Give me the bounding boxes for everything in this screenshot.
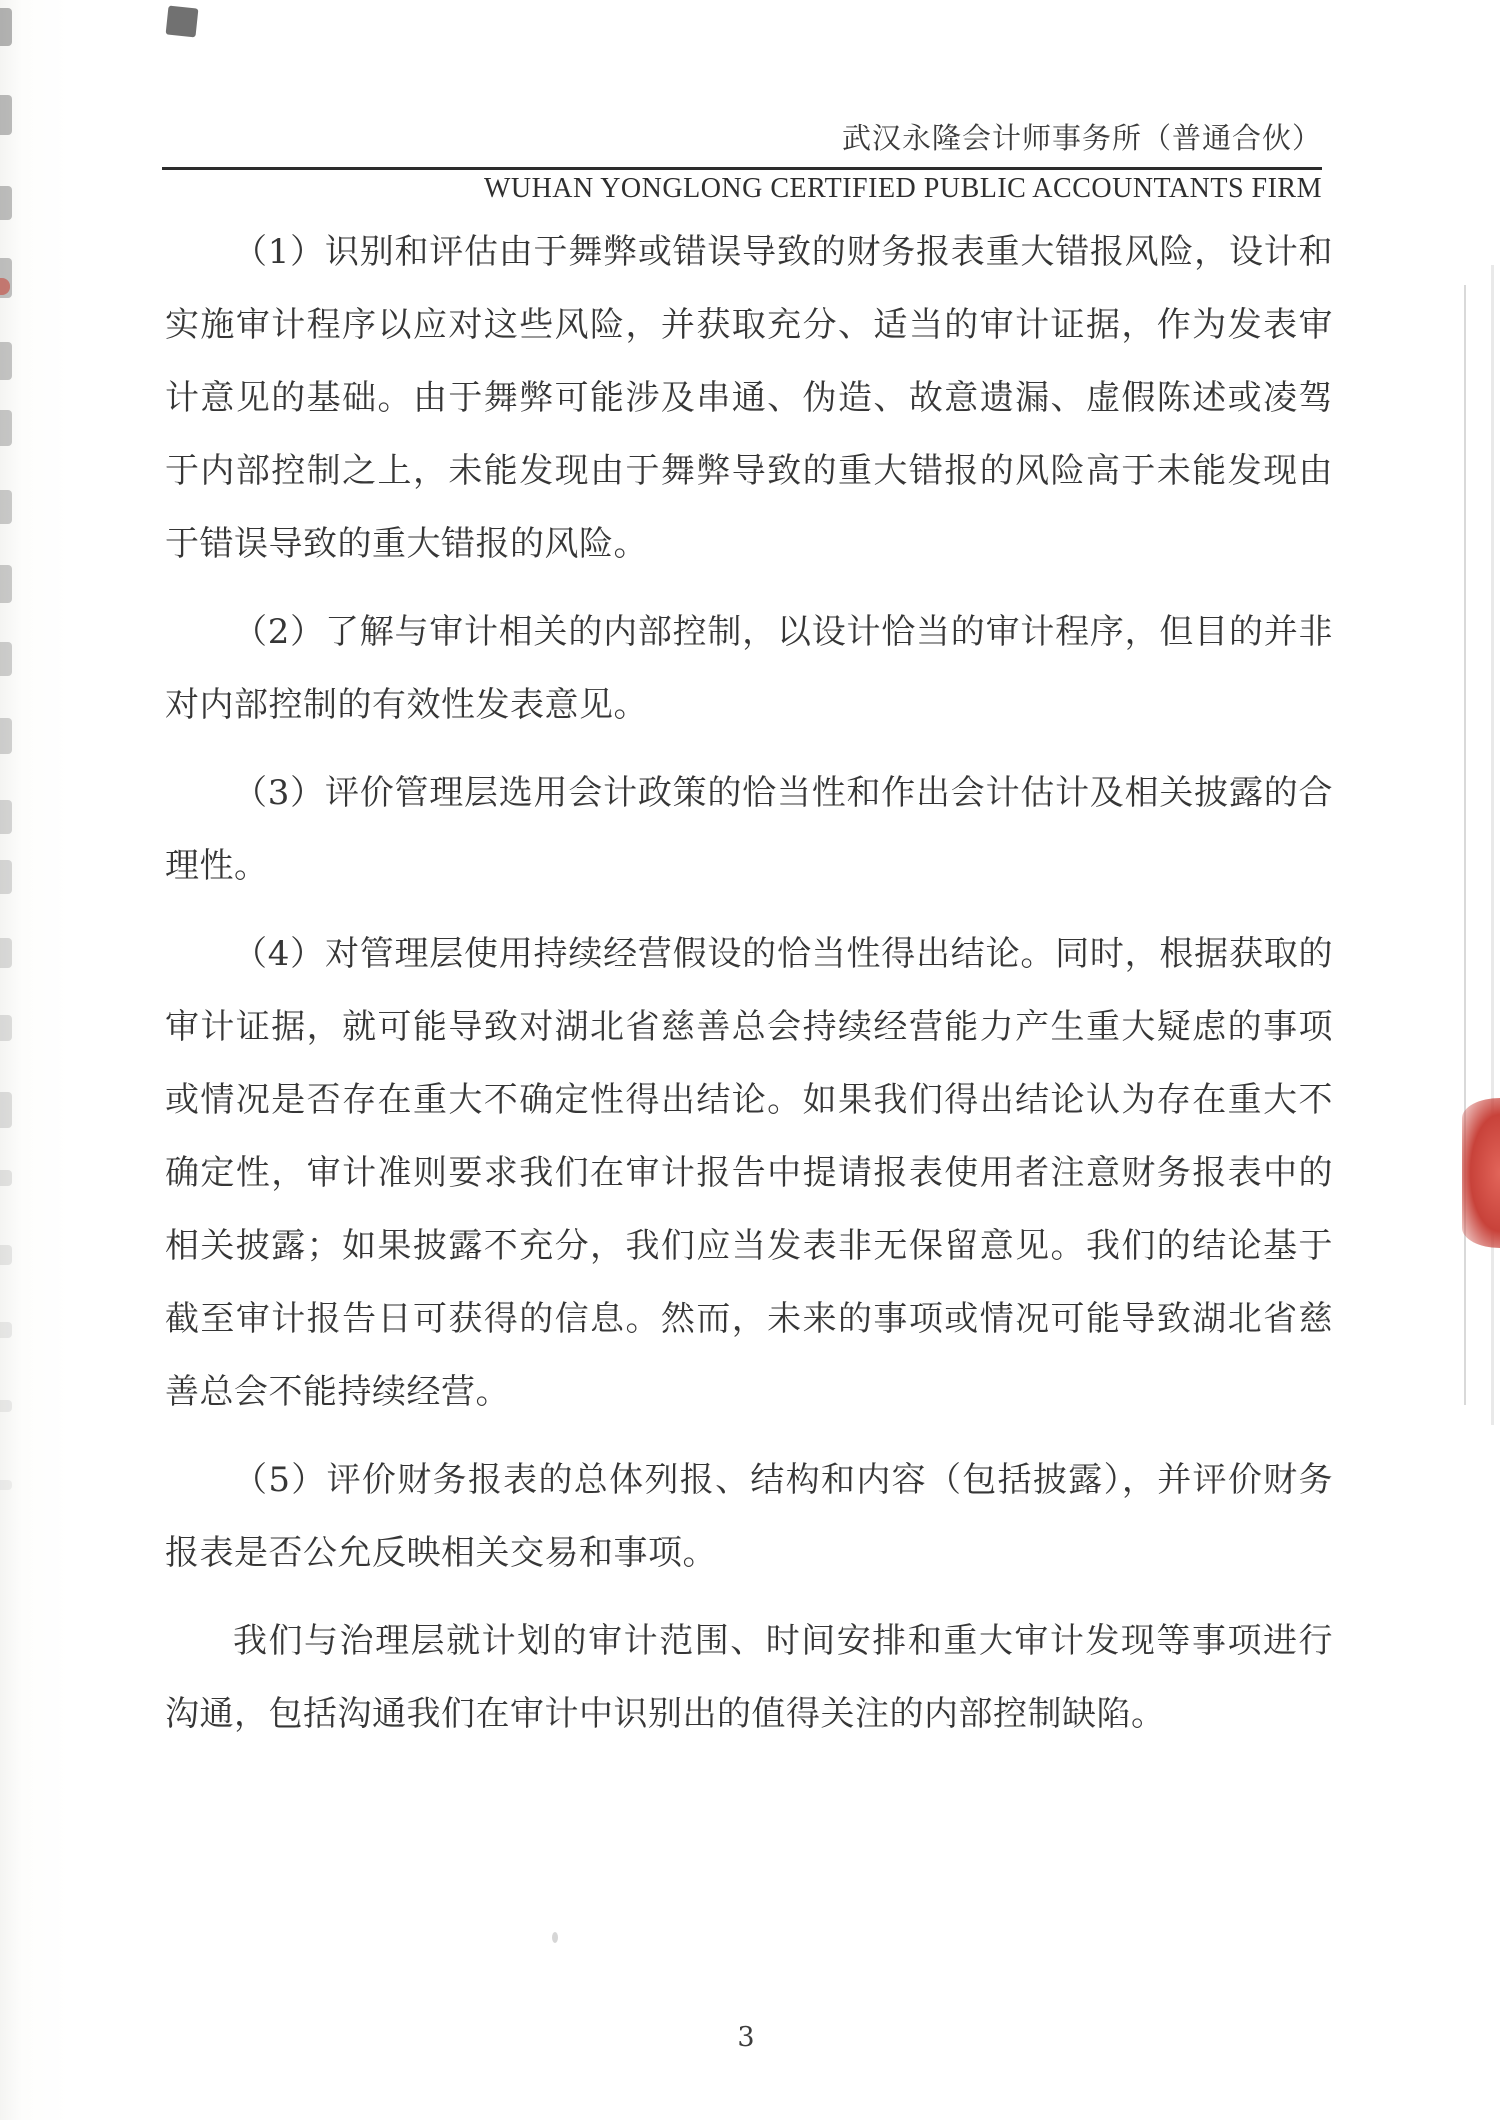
scan-left-edge-mark — [0, 938, 12, 968]
scan-left-edge-mark — [0, 1322, 12, 1338]
scan-left-edge-mark — [0, 490, 12, 524]
scan-left-edge-mark — [0, 95, 12, 135]
scan-left-edge-mark — [0, 1480, 12, 1490]
scan-left-edge-mark — [0, 860, 12, 894]
scan-left-edge-mark — [0, 1400, 12, 1412]
scanned-audit-report-page: 武汉永隆会计师事务所（普通合伙） WUHAN YONGLONG CERTIFIE… — [0, 0, 1500, 2120]
page-header: 武汉永隆会计师事务所（普通合伙） WUHAN YONGLONG CERTIFIE… — [160, 118, 1322, 207]
firm-name-english: WUHAN YONGLONG CERTIFIED PUBLIC ACCOUNTA… — [160, 171, 1322, 207]
scan-left-edge-mark — [0, 1170, 12, 1186]
paragraph-1: （1）识别和评估由于舞弊或错误导致的财务报表重大错报风险，设计和实施审计程序以应… — [165, 216, 1333, 581]
red-stamp-edge-mark — [1462, 1098, 1500, 1248]
scan-left-edge-mark — [0, 1245, 12, 1265]
scan-left-edge-mark — [0, 186, 12, 220]
paragraph-2: （2）了解与审计相关的内部控制，以设计恰当的审计程序，但目的并非对内部控制的有效… — [165, 596, 1333, 742]
scan-speck — [552, 1932, 558, 1943]
scan-right-edge-strip — [1491, 265, 1494, 1425]
document-body: （1）识别和评估由于舞弊或错误导致的财务报表重大错报风险，设计和实施审计程序以应… — [165, 216, 1333, 1766]
scan-left-edge-mark — [0, 1092, 12, 1128]
scan-left-edge-mark — [0, 718, 12, 754]
scan-left-edge-mark — [0, 642, 12, 676]
scan-left-edge-mark — [0, 800, 12, 834]
scan-left-edge-mark — [0, 342, 12, 380]
firm-name-chinese: 武汉永隆会计师事务所（普通合伙） — [160, 118, 1322, 158]
scan-left-edge-mark — [0, 8, 12, 46]
scan-left-edge-mark — [0, 410, 12, 446]
header-divider-line — [162, 167, 1322, 170]
scan-corner-mark — [166, 6, 199, 38]
scan-left-edge-mark — [0, 1015, 12, 1041]
paragraph-4: （4）对管理层使用持续经营假设的恰当性得出结论。同时，根据获取的审计证据，就可能… — [165, 918, 1333, 1429]
page-number: 3 — [0, 2022, 1492, 2053]
paragraph-5: （5）评价财务报表的总体列报、结构和内容（包括披露），并评价财务报表是否公允反映… — [165, 1444, 1333, 1590]
paragraph-3: （3）评价管理层选用会计政策的恰当性和作出会计估计及相关披露的合理性。 — [165, 757, 1333, 903]
paragraph-6: 我们与治理层就计划的审计范围、时间安排和重大审计发现等事项进行沟通，包括沟通我们… — [165, 1605, 1333, 1751]
scan-left-edge-mark — [0, 565, 12, 603]
